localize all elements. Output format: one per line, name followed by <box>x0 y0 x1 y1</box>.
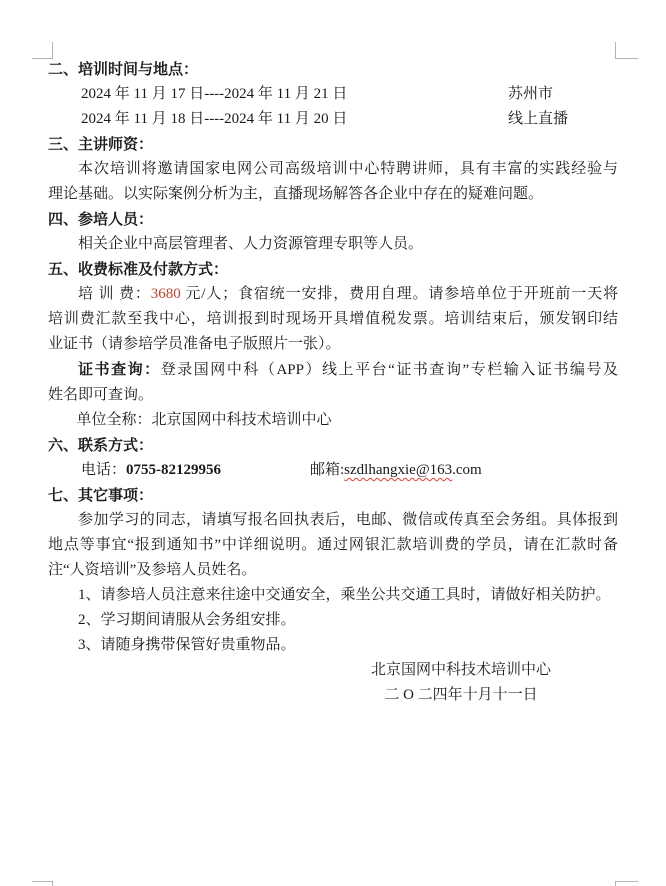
section-7-heading: 七、其它事项： <box>48 483 618 508</box>
text-boundary-mark-bottom-left <box>32 881 53 886</box>
participants-line: 相关企业中高层管理者、人力资源管理专职等人员。 <box>48 232 618 257</box>
fee-paragraph-line: 培训费汇款至我中心，培训报到时现场开具增值税发票。培训结束后，颁发钢印结 <box>48 307 618 332</box>
other-matters-line: 注“人资培训”及参培人员姓名。 <box>48 558 618 583</box>
email-address-suffix: .com <box>452 462 482 478</box>
signature-block: 北京国网中科技术培训中心 二 O 二四年十月十一日 <box>365 658 557 708</box>
certificate-query-label: 证书查询： <box>78 361 161 378</box>
signature-organization: 北京国网中科技术培训中心 <box>365 658 557 683</box>
phone-label: 电话： <box>81 462 126 478</box>
email-address: szdlhangxie@163 <box>344 462 452 478</box>
fee-label: 培 训 费： <box>78 286 151 302</box>
other-matters-line: 地点等事宜“报到通知书”中详细说明。通过网银汇款培训费的学员，请在汇款时备 <box>48 533 618 558</box>
certificate-paragraph-line: 姓名即可查询。 <box>48 383 618 408</box>
contact-line: 电话：0755-82129956 邮箱:szdlhangxie@163.com <box>48 458 618 483</box>
section-6-heading: 六、联系方式： <box>48 433 618 458</box>
email-group: 邮箱:szdlhangxie@163.com <box>310 458 482 483</box>
text-boundary-mark-top-right <box>615 42 638 59</box>
schedule-location: 苏州市 <box>508 82 553 107</box>
fee-paragraph-line: 培 训 费：3680 元/人；食宿统一安排，费用自理。请参培单位于开班前一天将 <box>48 282 618 307</box>
signature-date: 二 O 二四年十月十一日 <box>365 683 557 708</box>
organization-fullname-line: 单位全称：北京国网中科技术培训中心 <box>48 408 618 433</box>
lecturer-paragraph-line: 本次培训将邀请国家电网公司高级培训中心特聘讲师，具有丰富的实践经验与 <box>48 157 618 182</box>
schedule-dates: 2024 年 11 月 17 日----2024 年 11 月 21 日 <box>81 86 347 102</box>
list-item: 3、请随身携带保管好贵重物品。 <box>48 633 618 658</box>
schedule-row: 2024 年 11 月 18 日----2024 年 11 月 20 日 线上直… <box>48 107 618 132</box>
certificate-paragraph-line: 证书查询：登录国网中科（APP）线上平台“证书查询”专栏输入证书编号及 <box>48 357 618 383</box>
schedule-location: 线上直播 <box>508 107 568 132</box>
schedule-dates: 2024 年 11 月 18 日----2024 年 11 月 20 日 <box>81 111 347 127</box>
schedule-row: 2024 年 11 月 17 日----2024 年 11 月 21 日 苏州市 <box>48 82 618 107</box>
text-boundary-mark-bottom-right <box>615 881 638 886</box>
section-2-heading: 二、培训时间与地点： <box>48 57 618 82</box>
lecturer-paragraph-line: 理论基础。以实际案例分析为主，直播现场解答各企业中存在的疑难问题。 <box>48 182 618 207</box>
document-body: 二、培训时间与地点： 2024 年 11 月 17 日----2024 年 11… <box>48 57 618 708</box>
section-5-heading: 五、收费标准及付款方式： <box>48 257 618 282</box>
section-3-heading: 三、主讲师资： <box>48 132 618 157</box>
fee-paragraph-line: 业证书（请参培学员准备电子版照片一张）。 <box>48 332 618 357</box>
email-label: 邮箱: <box>310 462 344 478</box>
section-4-heading: 四、参培人员： <box>48 207 618 232</box>
certificate-query-text: 登录国网中科（APP）线上平台“证书查询”专栏输入证书编号及 <box>161 362 618 378</box>
fee-text: 元/人；食宿统一安排，费用自理。请参培单位于开班前一天将 <box>181 286 618 302</box>
phone-number: 0755-82129956 <box>126 462 221 478</box>
list-item: 1、请参培人员注意来往途中交通安全，乘坐公共交通工具时，请做好相关防护。 <box>48 583 618 608</box>
fee-amount: 3680 <box>151 286 181 302</box>
other-matters-line: 参加学习的同志，请填写报名回执表后，电邮、微信或传真至会务组。具体报到 <box>48 508 618 533</box>
list-item: 2、学习期间请服从会务组安排。 <box>48 608 618 633</box>
document-page: 二、培训时间与地点： 2024 年 11 月 17 日----2024 年 11… <box>0 0 666 886</box>
